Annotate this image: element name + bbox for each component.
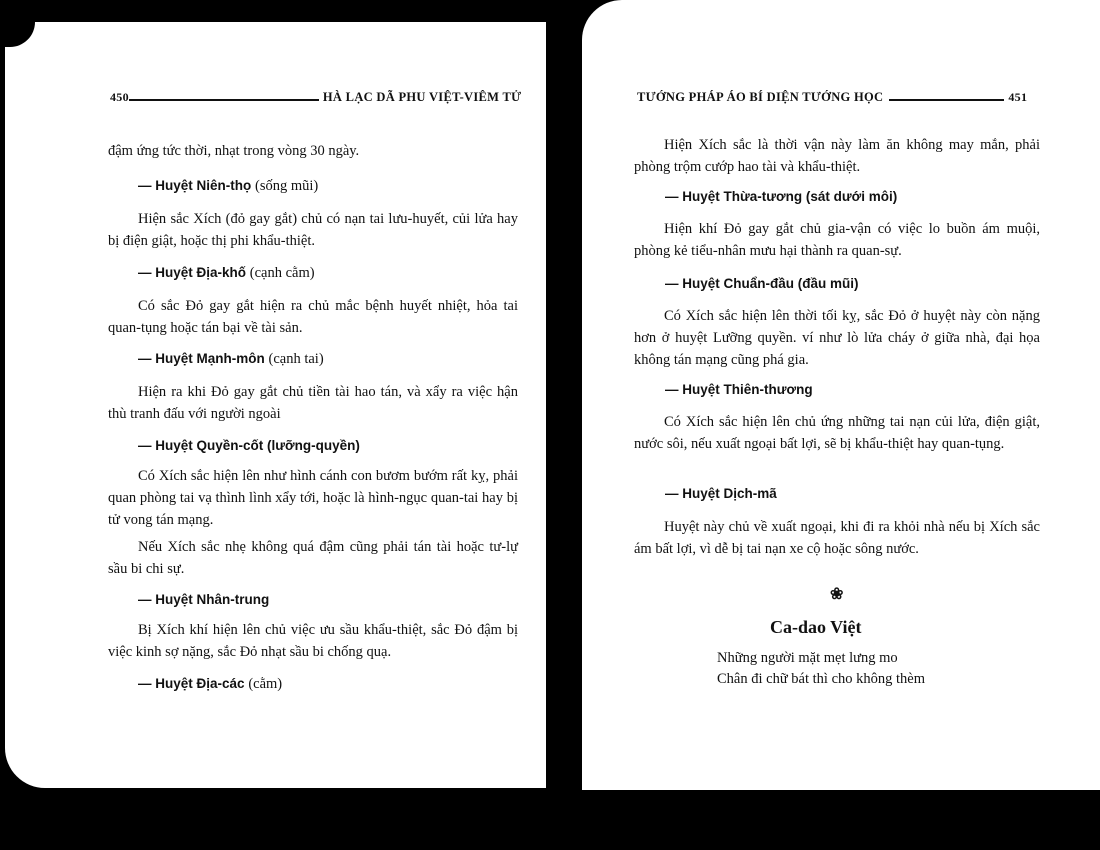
section-heading: — Huyệt Nhân-trung bbox=[138, 592, 269, 607]
section-heading: — Huyệt Thừa-tương (sát dưới môi) bbox=[665, 189, 897, 204]
right-page: TƯỚNG PHÁP ÁO BÍ DIỆN TƯỚNG HỌC 451 Hiện… bbox=[582, 0, 1100, 790]
section-text: Bị Xích khí hiện lên chủ việc ưu sầu khẩ… bbox=[108, 619, 518, 663]
poem-title: Ca-dao Việt bbox=[770, 617, 862, 638]
section-text: Nếu Xích sắc nhẹ không quá đậm cũng phải… bbox=[108, 536, 518, 580]
section-text: Có Xích sắc hiện lên như hình cánh con b… bbox=[108, 465, 518, 531]
section-text: Có Xích sắc hiện lên chủ ứng những tai n… bbox=[634, 411, 1040, 455]
section-text: Hiện sắc Xích (đỏ gay gắt) chủ có nạn ta… bbox=[108, 208, 518, 252]
page-number-right: 451 bbox=[1008, 90, 1027, 105]
section-heading: — Huyệt Chuẩn-đầu (đầu mũi) bbox=[665, 276, 859, 291]
section-text: Có sắc Đỏ gay gắt hiện ra chủ mắc bệnh h… bbox=[108, 295, 518, 339]
header-rule bbox=[129, 99, 319, 101]
poem: Những người mặt mẹt lưng mo Chân đi chữ … bbox=[717, 648, 925, 690]
header-rule bbox=[889, 99, 1004, 101]
poem-line: Chân đi chữ bát thì cho không thèm bbox=[717, 669, 925, 690]
left-running-head: 450 HÀ LẠC DÃ PHU VIỆT-VIÊM TỬ bbox=[110, 90, 530, 105]
section-heading: — Huyệt Dịch-mã bbox=[665, 486, 777, 501]
section-text: Có Xích sắc hiện lên thời tối kỵ, sắc Đỏ… bbox=[634, 305, 1040, 371]
section-heading: — Huyệt Quyền-cốt (lưỡng-quyền) bbox=[138, 438, 360, 453]
section-heading: — Huyệt Mạnh-môn (cạnh tai) bbox=[138, 351, 324, 368]
section-heading: — Huyệt Thiên-thương bbox=[665, 382, 813, 397]
section-text: Huyệt này chủ về xuất ngoại, khi đi ra k… bbox=[634, 516, 1040, 560]
section-text: Hiện khí Đỏ gay gắt chủ gia-vận có việc … bbox=[634, 218, 1040, 262]
section-text: Hiện ra khi Đỏ gay gắt chủ tiền tài hao … bbox=[108, 381, 518, 425]
right-running-head: TƯỚNG PHÁP ÁO BÍ DIỆN TƯỚNG HỌC 451 bbox=[637, 90, 1057, 105]
page-corner-shadow bbox=[5, 22, 35, 47]
section-heading: — Huyệt Địa-các (cằm) bbox=[138, 676, 282, 693]
poem-line: Những người mặt mẹt lưng mo bbox=[717, 648, 925, 669]
page-number-left: 450 bbox=[110, 90, 129, 105]
running-title-right: TƯỚNG PHÁP ÁO BÍ DIỆN TƯỚNG HỌC bbox=[637, 90, 883, 105]
left-page: 450 HÀ LẠC DÃ PHU VIỆT-VIÊM TỬ đậm ứng t… bbox=[5, 22, 546, 788]
intro-paragraph: Hiện Xích sắc là thời vận này làm ăn khô… bbox=[634, 134, 1040, 178]
intro-line: đậm ứng tức thời, nhạt trong vòng 30 ngà… bbox=[108, 140, 518, 162]
section-heading: — Huyệt Địa-khố (cạnh cằm) bbox=[138, 265, 315, 282]
ornament-icon: ❀ bbox=[830, 584, 843, 603]
section-heading: — Huyệt Niên-thọ (sống mũi) bbox=[138, 178, 318, 195]
running-title-left: HÀ LẠC DÃ PHU VIỆT-VIÊM TỬ bbox=[323, 90, 521, 105]
